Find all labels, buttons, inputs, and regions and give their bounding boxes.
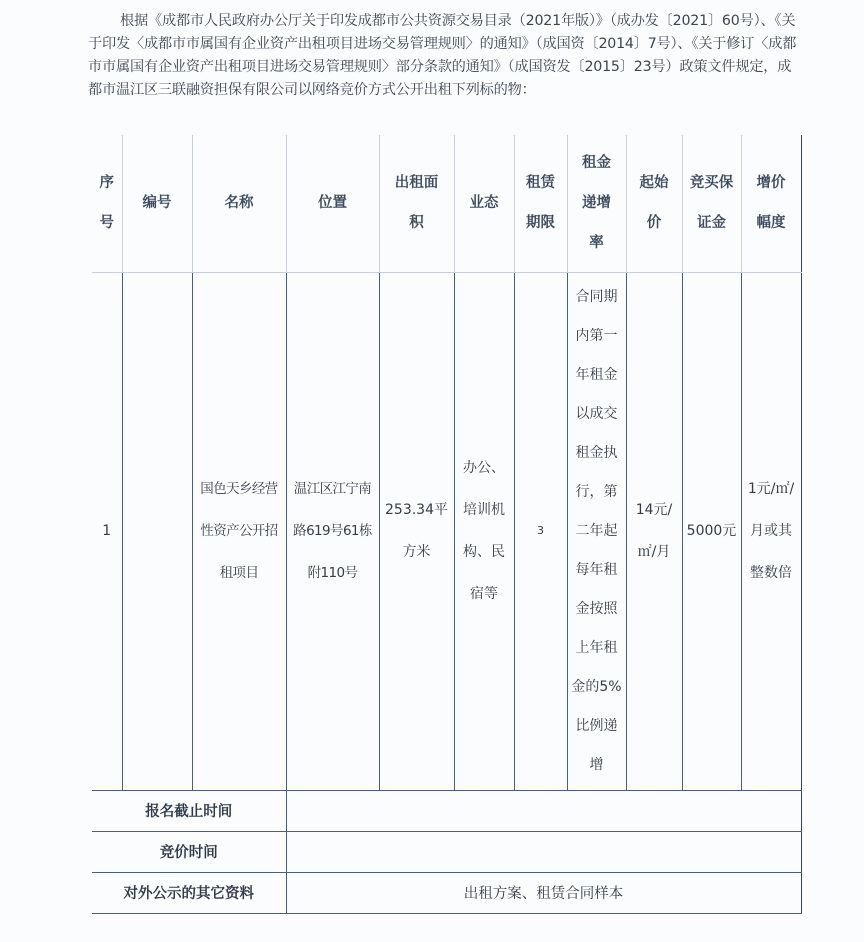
bidding-time-row: 竞价时间 [92,831,801,872]
registration-deadline-label: 报名截止时间 [92,790,286,831]
header-increment: 增价幅度 [741,135,801,272]
lease-listing-table: 序号 编号 名称 位置 出租面积 业态 租赁期限 租金递增率 起始价 竞买保证金… [92,135,802,914]
other-materials-value: 出租方案、租赁合同样本 [286,872,801,913]
cell-usage: 办公、培训机构、民宿等 [454,272,514,790]
header-location: 位置 [286,135,379,272]
header-area: 出租面积 [379,135,454,272]
cell-location: 温江区江宁南路619号61栋附110号 [286,272,379,790]
table-header-row: 序号 编号 名称 位置 出租面积 业态 租赁期限 租金递增率 起始价 竞买保证金… [92,135,801,272]
header-usage: 业态 [454,135,514,272]
cell-start-price: 14元/㎡/月 [626,272,682,790]
registration-deadline-value [286,790,801,831]
cell-code [122,272,192,790]
cell-seq: 1 [92,272,122,790]
bidding-time-value [286,831,801,872]
header-seq: 序号 [92,135,122,272]
bidding-time-label: 竞价时间 [92,831,286,872]
registration-deadline-row: 报名截止时间 [92,790,801,831]
other-materials-label: 对外公示的其它资料 [92,872,286,913]
header-code: 编号 [122,135,192,272]
table-row: 1 国色天乡经营性资产公开招租项目 温江区江宁南路619号61栋附110号 25… [92,272,801,790]
cell-name: 国色天乡经营性资产公开招租项目 [192,272,286,790]
header-name: 名称 [192,135,286,272]
cell-increment: 1元/㎡/月或其整数倍 [741,272,801,790]
cell-deposit: 5000元 [682,272,741,790]
cell-area: 253.34平方米 [379,272,454,790]
header-start-price: 起始价 [626,135,682,272]
intro-paragraph: 根据《成都市人民政府办公厅关于印发成都市公共资源交易目录（2021年版）》（成办… [88,10,800,102]
cell-rent-increase: 合同期内第一年租金以成交租金执行，第二年起每年租金按照上年租金的5%比例递增 [567,272,626,790]
header-term: 租赁期限 [514,135,567,272]
cell-term: 3 [514,272,567,790]
other-materials-row: 对外公示的其它资料 出租方案、租赁合同样本 [92,872,801,913]
header-rent-increase: 租金递增率 [567,135,626,272]
header-deposit: 竞买保证金 [682,135,741,272]
